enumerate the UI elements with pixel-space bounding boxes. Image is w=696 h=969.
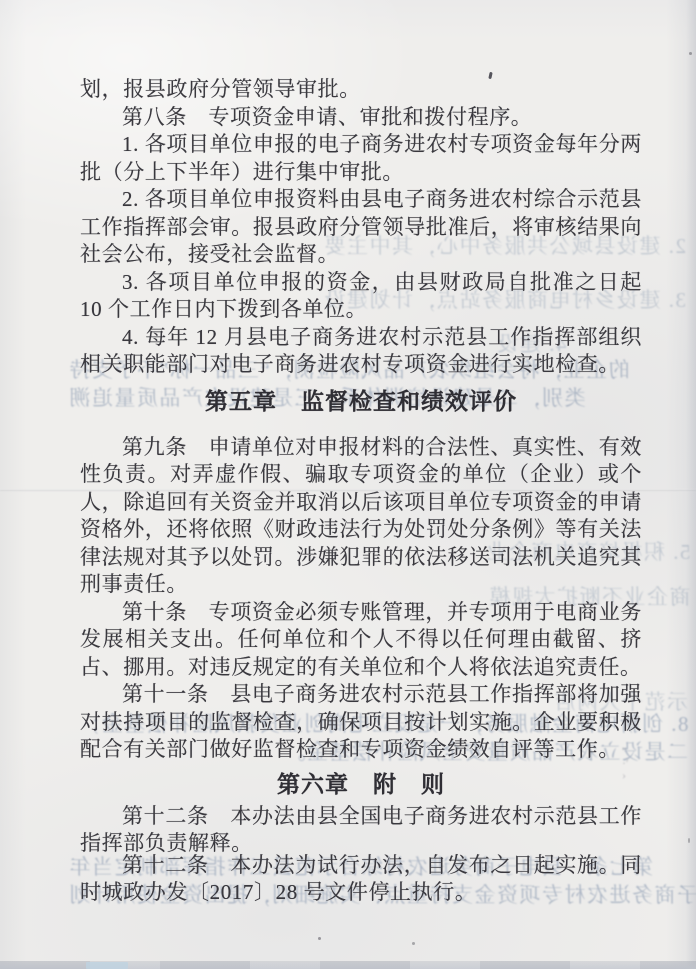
clause-paragraph: 第九条 申请单位对申报材料的合法性、真实性、有效性负责。对弄虚作假、骗取专项资金… xyxy=(80,434,642,599)
chapter-6-heading: 第六章 附 则 xyxy=(80,766,642,802)
scan-smudge: '′·′› xyxy=(622,745,629,781)
scan-crease xyxy=(0,489,696,492)
scanned-page: 2. 建设县域公共服务中心，其中主要 3. 建设乡村电商服务站点，计划建设 4.… xyxy=(0,0,696,969)
chapter-5-heading: 第五章 监督检查和绩效评价 xyxy=(80,383,642,419)
scan-speck xyxy=(412,942,415,945)
scan-speck xyxy=(689,52,692,55)
clause-paragraph: 第八条 专项资金申请、审批和拨付程序。 xyxy=(80,104,642,132)
scan-speck xyxy=(688,838,690,843)
clause-paragraph: 第十二条 本办法为试行办法，自发布之日起实施。同时城政办发〔2017〕28 号文… xyxy=(80,852,642,907)
clause-paragraph: 第十一条 县电子商务进农村示范县工作指挥部将加强对扶持项目的监督检查，确保项目按… xyxy=(80,681,642,764)
clause-paragraph: 2. 各项目单位申报资料由县电子商务进农村综合示范县工作指挥部会审。报县政府分管… xyxy=(80,186,642,269)
scan-speck xyxy=(318,937,321,940)
clause-paragraph: 4. 每年 12 月县电子商务进农村示范县工作指挥部组织相关职能部门对电子商务进… xyxy=(80,324,642,379)
clause-paragraph: 划，报县政府分管领导审批。 xyxy=(80,76,642,104)
scan-edge-shadow xyxy=(686,0,696,969)
scan-bottom-mark xyxy=(86,962,128,969)
clause-paragraph: 第十条 专项资金必须专账管理，并专项用于电商业务发展相关支出。任何单位和个人不得… xyxy=(80,599,642,682)
clause-paragraph: 3. 各项目单位申报的资金，由县财政局自批准之日起 10 个工作日内下拨到各单位… xyxy=(80,269,642,324)
clause-paragraph: 第十二条 本办法由县全国电子商务进农村示范县工作指挥部负责解释。 xyxy=(80,803,642,858)
clause-paragraph: 1. 各项目单位申报的电子商务进农村专项资金每年分两批（分上下半年）进行集中审批… xyxy=(80,131,642,186)
